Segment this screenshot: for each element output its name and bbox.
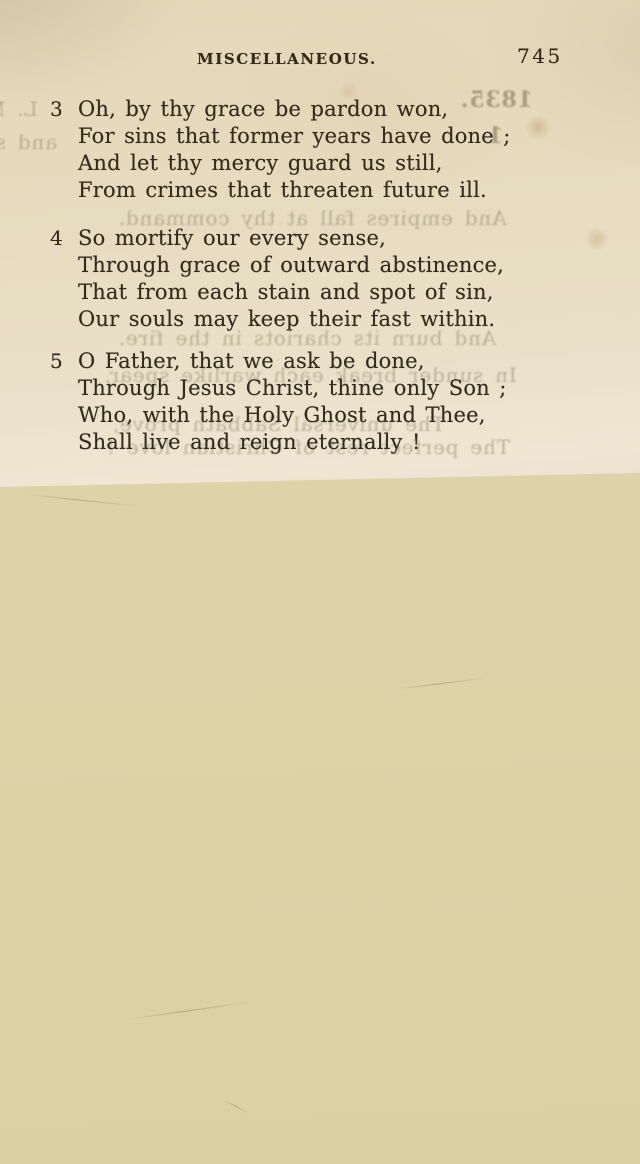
verse-line: Who, with the Holy Ghost and Thee, — [78, 402, 520, 429]
crease — [223, 1099, 248, 1113]
verse-line: Shall live and reign eternally ! — [78, 429, 520, 456]
verse-line: O Father, that we ask be done, — [78, 348, 520, 375]
verse-line: From crimes that threaten future ill. — [78, 177, 520, 204]
verse-4: 4 So mortify our every sense, Through gr… — [50, 225, 520, 333]
verse-number: 4 — [50, 225, 78, 333]
verse-3: 3 Oh, by thy grace be pardon won, For si… — [50, 96, 520, 204]
verse-line: That from each stain and spot of sin, — [78, 279, 520, 306]
bleed-through-text: L. M — [0, 97, 38, 121]
page-number: 745 — [517, 44, 563, 68]
crease — [398, 678, 485, 690]
verse-5: 5 O Father, that we ask be done, Through… — [50, 348, 520, 456]
running-header: MISCELLANEOUS. — [197, 50, 377, 68]
verse-number: 3 — [50, 96, 78, 204]
verse-lines: Oh, by thy grace be pardon won, For sins… — [78, 96, 520, 204]
verse-lines: O Father, that we ask be done, Through J… — [78, 348, 520, 456]
verse-lines: So mortify our every sense, Through grac… — [78, 225, 520, 333]
verse-line: And let thy mercy guard us still, — [78, 150, 520, 177]
verse-line: Through grace of outward abstinence, — [78, 252, 520, 279]
verse-number: 5 — [50, 348, 78, 456]
verse-line: Through Jesus Christ, thine only Son ; — [78, 375, 520, 402]
verse-line: Our souls may keep their fast within. — [78, 306, 520, 333]
bleed-through-text: and so — [0, 130, 57, 154]
verse-line: For sins that former years have done ; — [78, 123, 520, 150]
stain — [524, 115, 552, 140]
crease — [129, 1001, 253, 1019]
stain — [585, 227, 609, 251]
verse-line: So mortify our every sense, — [78, 225, 520, 252]
verse-line: Oh, by thy grace be pardon won, — [78, 96, 520, 123]
crease — [25, 494, 142, 507]
stain — [338, 82, 360, 100]
scanned-page: 1835. 1 L. M and so And empires fall at … — [0, 0, 640, 1164]
